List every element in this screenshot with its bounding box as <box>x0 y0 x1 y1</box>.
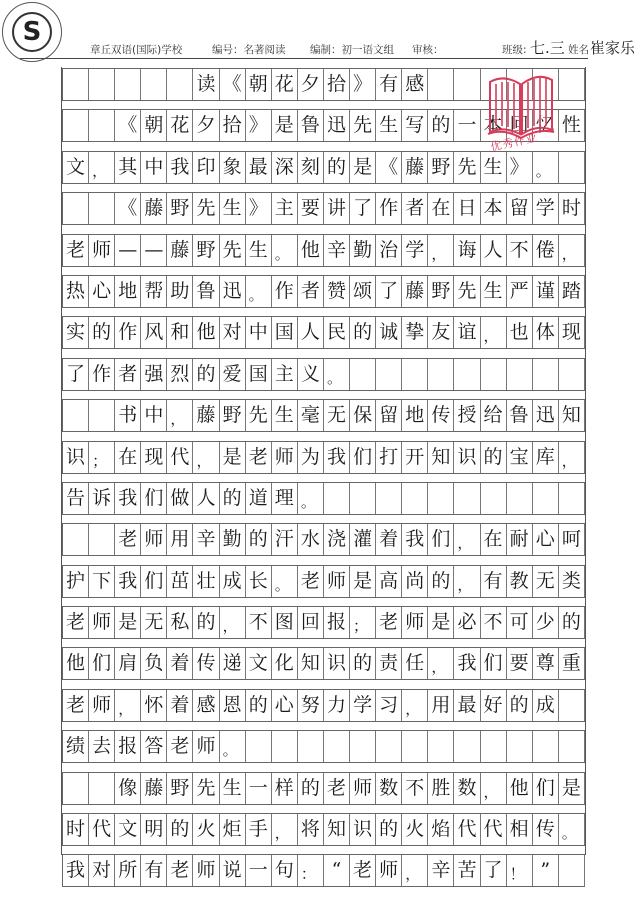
grid-cell: 识 <box>63 442 89 473</box>
compiler-label: 编制：初一语文组 <box>310 42 394 57</box>
grid-cell <box>402 731 428 762</box>
grid-cell: 给 <box>481 400 507 431</box>
grid-cell: 高 <box>376 566 402 597</box>
grid-cell: 习 <box>376 690 402 721</box>
grid-cell <box>89 400 115 431</box>
grid-cell: ， <box>454 524 480 555</box>
grid-cell: — <box>141 235 167 266</box>
grid-cell: 代 <box>89 814 115 845</box>
grid-cell: 的 <box>246 690 272 721</box>
grid-cell: 师 <box>193 731 219 762</box>
grid-cell: 野 <box>167 773 193 804</box>
grid-cell <box>324 731 350 762</box>
grid-cell: 也 <box>507 317 533 348</box>
grid-cell <box>350 359 376 390</box>
grid-cell: 们 <box>141 566 167 597</box>
grid-cell: 们 <box>428 524 454 555</box>
grid-cell: 长 <box>246 566 272 597</box>
grid-cell: 将 <box>298 814 324 845</box>
grid-cell: 图 <box>272 607 298 638</box>
grid-cell: 》 <box>246 110 272 141</box>
grid-cell: 夕 <box>193 110 219 141</box>
grid-cell: 师 <box>376 855 402 886</box>
grid-cell <box>559 690 585 721</box>
grid-cell: 谨 <box>533 276 559 307</box>
grid-cell: 友 <box>428 317 454 348</box>
grid-cell: 绩 <box>63 731 89 762</box>
grid-cell: 严 <box>507 276 533 307</box>
grid-cell: 先 <box>193 773 219 804</box>
grid-cell <box>481 359 507 390</box>
grid-cell: 诉 <box>89 483 115 514</box>
grid-cell: 努 <box>298 690 324 721</box>
essay-row: 我对所有老师说一句：“老师，辛苦了！” <box>62 854 585 887</box>
grid-cell: 现 <box>141 442 167 473</box>
grid-cell <box>376 483 402 514</box>
grid-cell: 赞 <box>324 276 350 307</box>
grid-cell: 义 <box>298 359 324 390</box>
grid-cell: 理 <box>272 483 298 514</box>
grid-cell: 是 <box>350 566 376 597</box>
grid-cell: 一 <box>246 855 272 886</box>
grid-cell: 一 <box>454 110 480 141</box>
grid-cell: 耐 <box>507 524 533 555</box>
grid-cell: 开 <box>402 442 428 473</box>
grid-cell: 花 <box>167 110 193 141</box>
grid-cell: 我 <box>115 566 141 597</box>
grid-cell: 我 <box>324 442 350 473</box>
grid-cell: ， <box>559 442 585 473</box>
grid-cell <box>376 731 402 762</box>
grid-cell: 最 <box>454 690 480 721</box>
grid-cell: 。 <box>246 276 272 307</box>
grid-cell: 宝 <box>507 442 533 473</box>
grid-cell: 拾 <box>220 110 246 141</box>
essay-row: 护下我们茁壮成长。老师是高尚的，有教无类 <box>62 565 585 598</box>
grid-cell <box>376 359 402 390</box>
grid-cell: 有 <box>141 855 167 886</box>
grid-cell: 道 <box>246 483 272 514</box>
grid-cell: 着 <box>376 524 402 555</box>
grid-cell: 人 <box>481 235 507 266</box>
grid-cell: 告 <box>63 483 89 514</box>
grid-cell: 为 <box>298 442 324 473</box>
grid-cell: 浇 <box>324 524 350 555</box>
grid-cell: 怀 <box>141 690 167 721</box>
grid-cell: 报 <box>115 731 141 762</box>
grid-cell: 本 <box>481 193 507 224</box>
grid-cell: 最 <box>246 152 272 183</box>
grid-cell <box>454 731 480 762</box>
worksheet-header: 章丘双语(国际)学校 编号：名著阅读 编制：初一语文组 审核： 班级: 七.三 … <box>62 36 636 58</box>
grid-cell: 生 <box>220 773 246 804</box>
grid-cell: 生 <box>272 400 298 431</box>
grid-cell: 要 <box>507 648 533 679</box>
grid-cell: ， <box>481 317 507 348</box>
grid-cell: 师 <box>89 690 115 721</box>
grid-cell: ！ <box>507 855 533 886</box>
grid-cell: 了 <box>481 855 507 886</box>
essay-row: 他们肩负着传递文化知识的责任，我们要尊重 <box>62 647 585 680</box>
grid-cell: 的 <box>428 110 454 141</box>
grid-cell: ， <box>402 690 428 721</box>
grid-cell: 心 <box>89 276 115 307</box>
grid-cell <box>507 359 533 390</box>
grid-cell: 刻 <box>298 152 324 183</box>
grid-cell <box>559 855 585 886</box>
grid-cell: 朝 <box>141 110 167 141</box>
grid-cell: 人 <box>298 317 324 348</box>
grid-cell: 传 <box>193 648 219 679</box>
grid-cell: 诲 <box>454 235 480 266</box>
essay-row: 像藤野先生一样的老师数不胜数，他们是 <box>62 772 585 805</box>
school-emblem-icon: S <box>2 2 62 62</box>
grid-cell: 数 <box>454 773 480 804</box>
grid-cell: 生 <box>246 235 272 266</box>
grid-cell: 花 <box>272 69 298 100</box>
grid-cell: 识 <box>454 442 480 473</box>
reviewer-label: 审核： <box>412 42 444 57</box>
grid-cell: ， <box>428 235 454 266</box>
grid-cell: ， <box>115 690 141 721</box>
grid-cell: 要 <box>298 193 324 224</box>
grid-cell: 他 <box>298 235 324 266</box>
grid-cell: 地 <box>115 276 141 307</box>
grid-cell: 藤 <box>402 152 428 183</box>
grid-cell <box>272 731 298 762</box>
grid-cell: 师 <box>193 855 219 886</box>
grid-cell <box>63 400 89 431</box>
grid-cell: 实 <box>63 317 89 348</box>
grid-cell: 野 <box>193 235 219 266</box>
grid-cell: 《 <box>115 193 141 224</box>
grid-cell: 先 <box>454 276 480 307</box>
grid-cell: 诚 <box>376 317 402 348</box>
grid-cell: 的 <box>298 773 324 804</box>
grid-cell: 是 <box>350 152 376 183</box>
grid-cell: ； <box>350 607 376 638</box>
grid-cell: 有 <box>376 69 402 100</box>
grid-cell: 下 <box>89 566 115 597</box>
grid-cell: 作 <box>89 359 115 390</box>
grid-cell <box>454 483 480 514</box>
grid-cell: 汗 <box>272 524 298 555</box>
name-value: 崔家乐 <box>590 37 635 58</box>
grid-cell <box>559 69 585 100</box>
grid-cell: 先 <box>220 235 246 266</box>
grid-cell: 地 <box>402 400 428 431</box>
essay-row: 老师，怀着感恩的心努力学习，用最好的成 <box>62 689 585 722</box>
grid-cell <box>89 193 115 224</box>
grid-cell: 了 <box>350 193 376 224</box>
grid-cell: 成 <box>533 690 559 721</box>
grid-cell <box>428 69 454 100</box>
grid-cell: 作 <box>115 317 141 348</box>
class-value: 七.三 <box>530 37 565 58</box>
grid-cell <box>533 483 559 514</box>
grid-cell: 他 <box>63 648 89 679</box>
grid-cell: 不 <box>402 773 428 804</box>
school-name: 章丘双语(国际)学校 <box>90 42 182 57</box>
grid-cell: ， <box>89 152 115 183</box>
grid-cell: ” <box>533 855 559 886</box>
header-divider <box>20 58 588 59</box>
grid-cell: 写 <box>402 110 428 141</box>
grid-cell: 用 <box>167 524 193 555</box>
grid-cell: 我 <box>454 648 480 679</box>
grid-cell: 识 <box>324 648 350 679</box>
grid-cell: 们 <box>481 648 507 679</box>
grid-cell: 答 <box>141 731 167 762</box>
grid-cell: 感 <box>193 690 219 721</box>
code-label: 编号：名著阅读 <box>212 42 286 57</box>
grid-cell: 师 <box>324 566 350 597</box>
grid-cell: 野 <box>428 276 454 307</box>
emblem-s-glyph: S <box>12 12 52 52</box>
grid-cell: 对 <box>220 317 246 348</box>
grid-cell: 朝 <box>246 69 272 100</box>
grid-cell <box>89 773 115 804</box>
grid-cell: 野 <box>220 400 246 431</box>
grid-cell: 藤 <box>402 276 428 307</box>
grid-cell: 句 <box>272 855 298 886</box>
grid-cell: 日 <box>454 193 480 224</box>
grid-cell: 迅 <box>533 400 559 431</box>
grid-cell: 代 <box>481 814 507 845</box>
grid-cell: 辛 <box>193 524 219 555</box>
grid-cell: 时 <box>63 814 89 845</box>
grid-cell: 先 <box>246 400 272 431</box>
grid-cell: 老 <box>350 855 376 886</box>
grid-cell <box>533 359 559 390</box>
grid-cell: 文 <box>63 152 89 183</box>
grid-cell <box>63 110 89 141</box>
grid-cell <box>350 731 376 762</box>
grid-cell: 代 <box>167 442 193 473</box>
grid-cell: 的 <box>193 607 219 638</box>
grid-cell: 拾 <box>324 69 350 100</box>
grid-cell: 们 <box>533 773 559 804</box>
grid-cell: 好 <box>481 690 507 721</box>
grid-cell: 恩 <box>220 690 246 721</box>
grid-cell: 我 <box>167 152 193 183</box>
grid-cell <box>402 483 428 514</box>
grid-cell: 在 <box>115 442 141 473</box>
grid-cell: 着 <box>167 648 193 679</box>
essay-row: 了作者强烈的爱国主义。 <box>62 358 585 391</box>
grid-cell: 灌 <box>350 524 376 555</box>
grid-cell: 生 <box>481 152 507 183</box>
grid-cell: 相 <box>507 814 533 845</box>
grid-cell: ， <box>559 235 585 266</box>
grid-cell: ， <box>193 442 219 473</box>
grid-cell: 辛 <box>428 855 454 886</box>
grid-cell: 的 <box>324 152 350 183</box>
grid-cell: 中 <box>141 400 167 431</box>
grid-cell: 者 <box>298 276 324 307</box>
grid-cell: 知 <box>559 400 585 431</box>
grid-cell <box>298 731 324 762</box>
grid-cell: 》 <box>350 69 376 100</box>
grid-cell: 用 <box>428 690 454 721</box>
grid-cell <box>324 483 350 514</box>
grid-cell: 是 <box>559 773 585 804</box>
grid-cell: 老 <box>298 566 324 597</box>
grid-cell: 烈 <box>167 359 193 390</box>
grid-cell: 现 <box>559 317 585 348</box>
grid-cell: 我 <box>63 855 89 886</box>
grid-cell: 知 <box>324 814 350 845</box>
grid-cell: 不 <box>246 607 272 638</box>
grid-cell <box>141 69 167 100</box>
grid-cell <box>559 359 585 390</box>
grid-cell: 火 <box>193 814 219 845</box>
grid-cell <box>428 731 454 762</box>
grid-cell: 我 <box>115 483 141 514</box>
grid-cell: 胜 <box>428 773 454 804</box>
grid-cell: 重 <box>559 648 585 679</box>
grid-cell: 老 <box>63 607 89 638</box>
grid-cell: 先 <box>193 193 219 224</box>
grid-cell: 做 <box>167 483 193 514</box>
grid-cell: 留 <box>507 193 533 224</box>
grid-cell: 传 <box>428 400 454 431</box>
grid-cell: 师 <box>89 235 115 266</box>
grid-cell: 负 <box>141 648 167 679</box>
grid-cell: 踏 <box>559 276 585 307</box>
grid-cell: 鲁 <box>507 400 533 431</box>
grid-cell: 在 <box>428 193 454 224</box>
grid-cell: 作 <box>272 276 298 307</box>
grid-cell: ， <box>167 400 193 431</box>
grid-cell: 野 <box>428 152 454 183</box>
grid-cell: 少 <box>533 607 559 638</box>
grid-cell <box>454 69 480 100</box>
grid-cell: 师 <box>89 607 115 638</box>
grid-cell: 焰 <box>428 814 454 845</box>
grid-cell: 的 <box>481 442 507 473</box>
grid-cell: 迅 <box>220 276 246 307</box>
grid-cell: 深 <box>272 152 298 183</box>
grid-cell: ： <box>298 855 324 886</box>
grid-cell: 挚 <box>402 317 428 348</box>
grid-cell: 强 <box>141 359 167 390</box>
grid-cell: 类 <box>559 566 585 597</box>
grid-cell: 生 <box>481 276 507 307</box>
grid-cell <box>63 524 89 555</box>
grid-cell <box>481 483 507 514</box>
grid-cell <box>428 359 454 390</box>
grid-cell: 识 <box>350 814 376 845</box>
grid-cell: 私 <box>167 607 193 638</box>
grid-cell: 辛 <box>324 235 350 266</box>
grid-cell: ， <box>272 814 298 845</box>
grid-cell: 老 <box>246 442 272 473</box>
grid-cell: 了 <box>376 276 402 307</box>
grid-cell: 鲁 <box>193 276 219 307</box>
grid-cell: 无 <box>141 607 167 638</box>
grid-cell <box>89 110 115 141</box>
grid-cell: 者 <box>115 359 141 390</box>
grid-cell: 他 <box>193 317 219 348</box>
grid-cell: 《 <box>115 110 141 141</box>
grid-cell: 鲁 <box>298 110 324 141</box>
grid-cell: 一 <box>246 773 272 804</box>
grid-cell: 性 <box>559 110 585 141</box>
grid-cell: 体 <box>533 317 559 348</box>
grid-cell: 师 <box>350 773 376 804</box>
grid-cell: 递 <box>220 648 246 679</box>
grid-cell: 苦 <box>454 855 480 886</box>
grid-cell: 书 <box>115 400 141 431</box>
grid-cell: 明 <box>141 814 167 845</box>
essay-row: 《藤野先生》主要讲了作者在日本留学时 <box>62 192 585 225</box>
grid-cell: 水 <box>298 524 324 555</box>
grid-cell: 其 <box>115 152 141 183</box>
grid-cell: 去 <box>89 731 115 762</box>
grid-cell <box>115 69 141 100</box>
grid-cell: 人 <box>193 483 219 514</box>
grid-cell: 必 <box>454 607 480 638</box>
grid-cell: 爱 <box>220 359 246 390</box>
grid-cell <box>89 69 115 100</box>
grid-cell: 象 <box>220 152 246 183</box>
grid-cell: 的 <box>89 317 115 348</box>
grid-cell: 民 <box>324 317 350 348</box>
grid-cell: 野 <box>167 193 193 224</box>
grid-cell: 。 <box>559 814 585 845</box>
grid-cell <box>507 731 533 762</box>
grid-cell: 在 <box>481 524 507 555</box>
grid-cell: 先 <box>454 152 480 183</box>
grid-cell: 。 <box>272 235 298 266</box>
grid-cell: 护 <box>63 566 89 597</box>
grid-cell: 心 <box>533 524 559 555</box>
grid-cell: ； <box>89 442 115 473</box>
grid-cell <box>63 193 89 224</box>
essay-row: 绩去报答老师。 <box>62 730 585 763</box>
grid-cell <box>350 483 376 514</box>
grid-cell <box>533 731 559 762</box>
grid-cell: 老 <box>376 607 402 638</box>
grid-cell: 呵 <box>559 524 585 555</box>
grid-cell: 印 <box>193 152 219 183</box>
grid-cell: 中 <box>246 317 272 348</box>
grid-cell: 《 <box>220 69 246 100</box>
grid-cell: 老 <box>63 235 89 266</box>
grid-cell <box>559 731 585 762</box>
grid-cell: 所 <box>115 855 141 886</box>
grid-cell: 迅 <box>324 110 350 141</box>
grid-cell: 文 <box>115 814 141 845</box>
grid-cell: ， <box>428 648 454 679</box>
grid-cell: 茁 <box>167 566 193 597</box>
grid-cell: 学 <box>402 235 428 266</box>
grid-cell: ， <box>481 773 507 804</box>
grid-cell: 化 <box>272 648 298 679</box>
grid-cell: 时 <box>559 193 585 224</box>
grid-cell: 教 <box>507 566 533 597</box>
grid-cell: 的 <box>220 483 246 514</box>
grid-cell: 无 <box>324 400 350 431</box>
grid-cell: 国 <box>246 359 272 390</box>
grid-cell <box>402 359 428 390</box>
essay-row: 老师是无私的，不图回报；老师是必不可少的 <box>62 606 585 639</box>
grid-cell: 学 <box>533 193 559 224</box>
essay-row: 文，其中我印象最深刻的是《藤野先生》。 <box>62 151 585 184</box>
grid-cell <box>481 731 507 762</box>
essay-row: 告诉我们做人的道理。 <box>62 482 585 515</box>
